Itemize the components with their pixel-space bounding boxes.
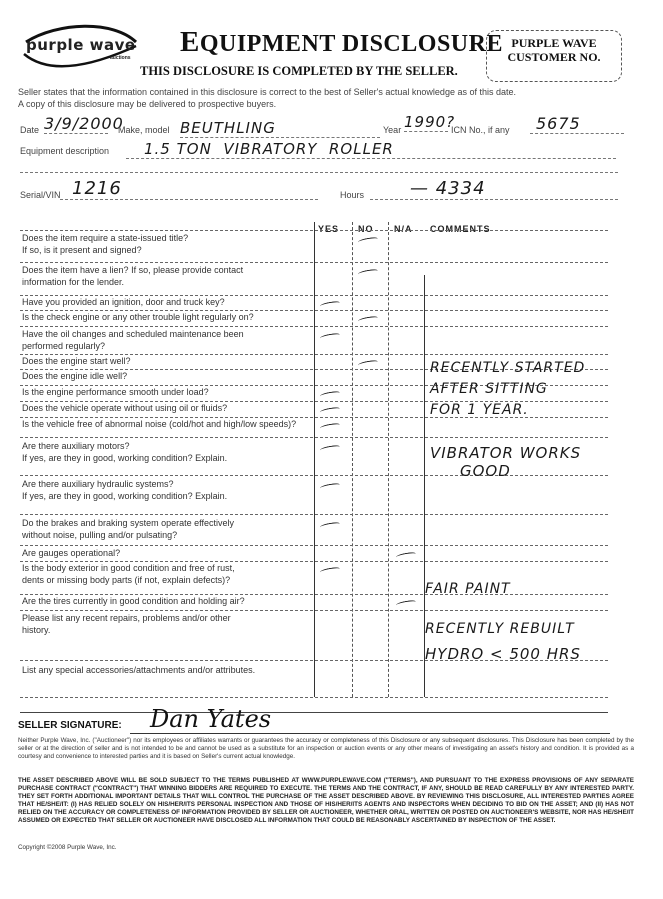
checkmark-icon[interactable] xyxy=(358,268,379,276)
make-model-label: Make, model xyxy=(118,125,170,135)
checkmark-icon[interactable] xyxy=(320,332,341,340)
page-title: EQUIPMENT DISCLOSURE xyxy=(180,26,503,59)
question-text: Have the oil changes and scheduled maint… xyxy=(22,328,312,340)
table-row: Have you provided an ignition, door and … xyxy=(22,296,312,308)
checkmark-icon[interactable] xyxy=(358,315,379,323)
question-text-continued: If yes, are they in good, working condit… xyxy=(22,452,312,464)
table-row: Does the engine idle well? xyxy=(22,370,312,382)
table-row: Is the check engine or any other trouble… xyxy=(22,311,312,323)
question-text: Is the check engine or any other trouble… xyxy=(22,311,312,323)
checkmark-icon[interactable] xyxy=(320,566,341,574)
table-row: Is the body exterior in good condition a… xyxy=(22,562,312,586)
table-row: Is the engine performance smooth under l… xyxy=(22,386,312,398)
page-subtitle: THIS DISCLOSURE IS COMPLETED BY THE SELL… xyxy=(140,64,458,79)
logo-text: purple wave xyxy=(26,36,136,54)
seller-signature-field[interactable]: Dan Yates xyxy=(130,705,610,734)
checkmark-icon[interactable] xyxy=(320,406,341,414)
table-row: Are there auxiliary motors?If yes, are t… xyxy=(22,440,312,464)
table-col-divider-no xyxy=(352,222,353,697)
question-text: Is the body exterior in good condition a… xyxy=(22,562,312,574)
question-text: Please list any recent repairs, problems… xyxy=(22,612,312,624)
table-row: Are the tires currently in good conditio… xyxy=(22,595,312,607)
table-row-divider xyxy=(20,697,608,698)
table-row: Does the vehicle operate without using o… xyxy=(22,402,312,414)
serial-vin-field[interactable]: 1216 xyxy=(60,178,318,200)
question-text-continued: performed regularly? xyxy=(22,340,312,352)
table-row-divider xyxy=(20,475,608,476)
question-text-continued: If yes, are they in good, working condit… xyxy=(22,490,312,502)
table-col-divider-yes xyxy=(314,222,315,697)
question-text: Does the vehicle operate without using o… xyxy=(22,402,312,414)
logo: purple wave auctions xyxy=(18,24,138,68)
copyright-text: Copyright ©2008 Purple Wave, Inc. xyxy=(18,844,117,852)
comment-body: FAIR PAINT xyxy=(425,581,511,597)
table-row-divider xyxy=(20,437,608,438)
question-text: Are there auxiliary hydraulic systems? xyxy=(22,478,312,490)
table-row: Have the oil changes and scheduled maint… xyxy=(22,328,312,352)
make-model-field[interactable]: BEUTHLING xyxy=(180,119,380,138)
question-text: Do the brakes and braking system operate… xyxy=(22,517,312,529)
table-col-divider-na xyxy=(388,222,389,697)
checkmark-icon[interactable] xyxy=(320,482,341,490)
table-row: Does the item have a lien? If so, please… xyxy=(22,264,312,288)
table-row-divider xyxy=(20,230,608,231)
question-text: Is the vehicle free of abnormal noise (c… xyxy=(22,418,312,430)
question-text: Does the item have a lien? If so, please… xyxy=(22,264,312,276)
table-row-divider xyxy=(20,326,608,327)
col-header-yes: YES xyxy=(318,224,339,234)
question-text: Are there auxiliary motors? xyxy=(22,440,312,452)
col-header-comments: COMMENTS xyxy=(430,224,491,234)
question-text: Does the item require a state-issued tit… xyxy=(22,232,312,244)
question-text: Is the engine performance smooth under l… xyxy=(22,386,312,398)
col-header-na: N/A xyxy=(394,224,413,234)
question-text: Does the engine idle well? xyxy=(22,370,312,382)
comment-engine-line3: FOR 1 YEAR. xyxy=(430,402,529,418)
customer-number-box[interactable]: PURPLE WAVE CUSTOMER NO. xyxy=(486,30,622,82)
table-row: Does the item require a state-issued tit… xyxy=(22,232,312,256)
checkmark-icon[interactable] xyxy=(320,444,341,452)
checkmark-icon[interactable] xyxy=(320,521,341,529)
seller-signature-label: SELLER SIGNATURE: xyxy=(18,720,122,731)
col-header-no: NO xyxy=(358,224,374,234)
comment-repairs-line2: HYDRO < 500 HRS xyxy=(425,645,581,663)
year-label: Year xyxy=(383,125,401,135)
hours-field[interactable]: — 4334 xyxy=(370,178,618,200)
table-row-divider xyxy=(20,610,608,611)
description-continuation-line xyxy=(20,172,618,173)
question-text: Are gauges operational? xyxy=(22,547,312,559)
table-row: List any special accessories/attachments… xyxy=(22,664,312,676)
icn-label: ICN No., if any xyxy=(451,125,510,135)
table-row: Does the engine start well? xyxy=(22,355,312,367)
question-text: Have you provided an ignition, door and … xyxy=(22,296,312,308)
description-label: Equipment description xyxy=(20,146,109,156)
date-label: Date xyxy=(20,125,39,135)
table-row: Do the brakes and braking system operate… xyxy=(22,517,312,541)
year-field[interactable]: 1990? xyxy=(404,113,448,132)
table-row: Are there auxiliary hydraulic systems?If… xyxy=(22,478,312,502)
comment-aux-line1: VIBRATOR WORKS xyxy=(430,444,581,462)
date-field[interactable]: 3/9/2000 xyxy=(44,114,108,134)
intro-statement: Seller states that the information conta… xyxy=(18,86,648,110)
comment-engine-line2: AFTER SITTING xyxy=(430,381,548,397)
table-row-divider xyxy=(20,262,608,263)
hours-label: Hours xyxy=(340,190,364,200)
checkmark-icon[interactable] xyxy=(396,599,417,607)
question-text-continued: dents or missing body parts (if not, exp… xyxy=(22,574,312,586)
comment-engine-line1: RECENTLY STARTED xyxy=(430,360,585,376)
table-row-divider xyxy=(20,514,608,515)
customer-box-label-1: PURPLE WAVE xyxy=(487,36,621,50)
checkmark-icon[interactable] xyxy=(396,551,417,559)
question-text-continued: without noise, pulling and/or pulsating? xyxy=(22,529,312,541)
customer-box-label-2: CUSTOMER NO. xyxy=(487,50,621,64)
serial-vin-label: Serial/VIN xyxy=(20,190,61,200)
disclaimer-text: Neither Purple Wave, Inc. ("Auctioneer")… xyxy=(18,737,634,761)
terms-text: THE ASSET DESCRIBED ABOVE WILL BE SOLD S… xyxy=(18,777,634,826)
question-text-continued: information for the lender. xyxy=(22,276,312,288)
checkmark-icon[interactable] xyxy=(320,422,341,430)
question-text: List any special accessories/attachments… xyxy=(22,664,312,676)
logo-subtext: auctions xyxy=(110,55,131,61)
checkmark-icon[interactable] xyxy=(320,300,341,308)
icn-field[interactable]: 5675 xyxy=(530,114,624,134)
checkmark-icon[interactable] xyxy=(358,359,379,367)
comment-aux-line2: GOOD xyxy=(460,462,511,480)
checkmark-icon[interactable] xyxy=(358,236,379,244)
checkmark-icon[interactable] xyxy=(320,390,341,398)
question-text-continued: history. xyxy=(22,624,312,636)
table-row: Is the vehicle free of abnormal noise (c… xyxy=(22,418,312,430)
description-field[interactable]: 1.5 TON VIBRATORY ROLLER xyxy=(126,140,616,159)
comment-repairs-line1: RECENTLY REBUILT xyxy=(425,621,575,637)
table-row: Are gauges operational? xyxy=(22,547,312,559)
table-row: Please list any recent repairs, problems… xyxy=(22,612,312,636)
question-text-continued: If so, is it present and signed? xyxy=(22,244,312,256)
table-row-divider xyxy=(20,545,608,546)
question-text: Does the engine start well? xyxy=(22,355,312,367)
question-text: Are the tires currently in good conditio… xyxy=(22,595,312,607)
